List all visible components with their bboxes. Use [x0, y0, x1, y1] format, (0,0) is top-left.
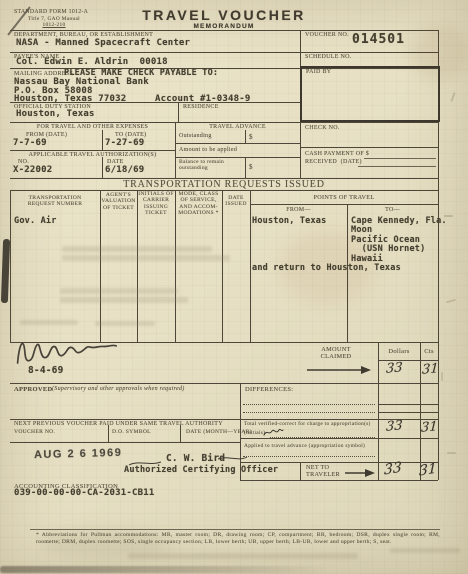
- divider: [420, 342, 421, 480]
- divider: [245, 157, 246, 178]
- transport-section-title: TRANSPORTATION REQUESTS ISSUED: [10, 179, 438, 191]
- date-stamp: AUG 2 6 1969: [34, 447, 123, 461]
- table-border: [100, 190, 101, 342]
- bleed-through-mark: [128, 553, 358, 559]
- divider: [10, 122, 438, 123]
- pencil-mark: [450, 92, 455, 102]
- col-header-agents-valuation: AGENT'S VALUATION OF TICKET: [100, 192, 137, 211]
- payee-value: Col. Edwin E. Aldrin 00018: [16, 58, 168, 68]
- request-number-value: Gov. Air: [14, 217, 57, 226]
- divider: [10, 150, 175, 151]
- net-to-traveler-label: NET TO TRAVELER: [306, 464, 340, 478]
- amount-claimed-dollars: 33: [386, 360, 403, 377]
- divider: [10, 190, 438, 191]
- table-border: [250, 204, 438, 205]
- bleed-through-mark: [20, 320, 78, 325]
- applied-label: Amount to be applied: [179, 147, 237, 154]
- divider: [180, 425, 181, 442]
- to-date-value: 7-27-69: [105, 139, 144, 149]
- divider: [175, 143, 300, 144]
- points-to-value: Cape Kennedy, Fla. Moon Pacific Ocean (U…: [351, 217, 447, 264]
- col-header-mode-class: MODE, CLASS OF SERVICE, AND ACCOM- MODAT…: [175, 191, 222, 217]
- bleed-through-mark: [62, 246, 212, 252]
- auth-date-value: 6/18/69: [105, 166, 144, 176]
- right-arrow-icon: [344, 468, 376, 478]
- payee-signature: [8, 320, 124, 373]
- divider: [102, 130, 103, 150]
- divider: [300, 147, 438, 148]
- previous-date-label: DATE (MONTH—YEAR): [186, 429, 252, 435]
- claim-date: 8-4-69: [28, 366, 64, 376]
- balance-label: Balance to remain outstanding: [179, 159, 224, 172]
- divider: [10, 52, 438, 53]
- from-date-value: 7-7-69: [13, 139, 47, 149]
- divider: [245, 130, 246, 143]
- dotted-line: [243, 404, 375, 405]
- cash-payment-label: CASH PAYMENT OF $: [305, 151, 369, 158]
- duty-station-value: Houston, Texas: [16, 110, 95, 120]
- fill-in-line: [364, 158, 436, 159]
- approved-label: APPROVED: [14, 386, 53, 393]
- check-no-label: CHECK NO.: [305, 125, 340, 132]
- divider: [378, 342, 379, 480]
- voucher-no-label: VOUCHER NO.: [305, 32, 349, 39]
- bleed-through-mark: [60, 297, 188, 303]
- table-border: [10, 190, 11, 342]
- total-verified-dollars: 33: [386, 418, 403, 435]
- accounting-classification-value: 039-00-00-00-CA-2031-CB11: [14, 489, 154, 499]
- divider: [300, 30, 301, 68]
- scanned-travel-voucher: STANDARD FORM 1012-A Title 7, GAO Manual…: [0, 0, 468, 574]
- right-arrow-icon: [305, 364, 373, 374]
- pencil-mark: [441, 372, 443, 381]
- voucher-no-value: 014501: [352, 33, 405, 47]
- col-header-request-number: TRANSPORTATION REQUEST NUMBER: [10, 195, 100, 208]
- paid-by-label: PAID BY: [306, 69, 331, 76]
- outstanding-label: Outstanding: [179, 133, 212, 140]
- net-to-traveler-dollars: 33: [384, 459, 402, 478]
- bleed-through-mark: [390, 548, 460, 553]
- divider: [175, 157, 300, 158]
- table-border: [222, 190, 223, 342]
- divider: [10, 383, 438, 384]
- col-header-to: TO—: [347, 207, 438, 214]
- dollars-column-label: Dollars: [378, 348, 420, 355]
- divider: [300, 462, 301, 480]
- certifying-officer-title: Authorized Certifying Officer: [124, 466, 278, 475]
- authorization-label: APPLICABLE TRAVEL AUTHORIZATION(S): [10, 152, 175, 159]
- amount-claimed-label: AMOUNT CLAIMED: [300, 346, 372, 360]
- divider: [240, 438, 438, 439]
- fill-in-line: [358, 166, 436, 167]
- points-from-value: Houston, Texas: [252, 217, 326, 226]
- verifier-initials-signature: [262, 427, 284, 437]
- previous-voucher-no-label: VOUCHER NO.: [14, 429, 55, 435]
- page-title: TRAVEL VOUCHER: [114, 7, 334, 23]
- residence-label: RESIDENCE: [183, 104, 219, 111]
- outstanding-currency: $: [249, 133, 253, 141]
- bleed-through-mark: [60, 288, 178, 294]
- department-value: NASA - Manned Spacecraft Center: [16, 39, 190, 49]
- divider: [378, 404, 438, 405]
- footnote-rule: [30, 529, 440, 530]
- travel-section-label: FOR TRAVEL AND OTHER EXPENSES: [10, 124, 175, 131]
- dotted-line: [243, 412, 375, 413]
- do-symbol-label: D.O. SYMBOL: [112, 429, 151, 435]
- previous-voucher-section-label: NEXT PREVIOUS VOUCHER PAID UNDER SAME TR…: [14, 421, 223, 428]
- received-date-label: RECEIVED (DATE): [305, 159, 362, 166]
- total-verified-cents: 31: [421, 419, 438, 436]
- col-header-from: FROM—: [250, 207, 347, 214]
- col-header-points-of-travel: POINTS OF TRAVEL: [250, 194, 438, 201]
- divider: [108, 425, 109, 442]
- return-note: and return to Houston, Texas: [252, 264, 401, 273]
- divider: [10, 30, 438, 31]
- divider: [240, 462, 438, 463]
- certifying-officer-name: C. W. Bird: [166, 454, 225, 464]
- divider: [102, 157, 103, 178]
- col-header-date-issued: DATE ISSUED: [222, 195, 250, 208]
- pencil-mark: [446, 299, 456, 304]
- pullman-abbreviations-footnote: * Abbreviations for Pullman accommodatio…: [36, 532, 440, 547]
- divider: [10, 419, 438, 420]
- approved-note: (Supervisory and other approvals when re…: [52, 386, 185, 393]
- scan-edge-smudge: [0, 566, 330, 573]
- advance-section-label: TRAVEL ADVANCE: [175, 124, 300, 131]
- divider: [10, 442, 240, 443]
- cents-column-label: Cts: [420, 348, 438, 355]
- differences-label: DIFFERENCES:: [245, 386, 293, 393]
- divider: [178, 102, 179, 122]
- col-header-carrier-initials: INITIALS OF CARRIER ISSUING TICKET: [137, 191, 175, 217]
- signature-flourish-right: [218, 455, 248, 463]
- applied-to-advance-label: Applied to travel advance (appropriation…: [244, 443, 378, 449]
- dotted-line: [243, 456, 375, 457]
- bleed-through-mark: [62, 255, 230, 261]
- net-to-traveler-cents: 31: [419, 460, 437, 479]
- binder-mark: [1, 239, 10, 303]
- pencil-mark: [444, 215, 453, 217]
- amount-claimed-cents: 31: [422, 361, 439, 378]
- divider: [378, 412, 438, 413]
- schedule-no-label: SCHEDULE NO.: [305, 54, 352, 61]
- auth-no-value: X-22002: [13, 166, 52, 176]
- form-code: 1012-210: [14, 22, 94, 28]
- balance-currency: $: [249, 163, 253, 171]
- divider: [300, 122, 301, 178]
- divider: [240, 480, 438, 481]
- pencil-mark: [447, 452, 456, 454]
- page-subtitle: MEMORANDUM: [114, 23, 334, 30]
